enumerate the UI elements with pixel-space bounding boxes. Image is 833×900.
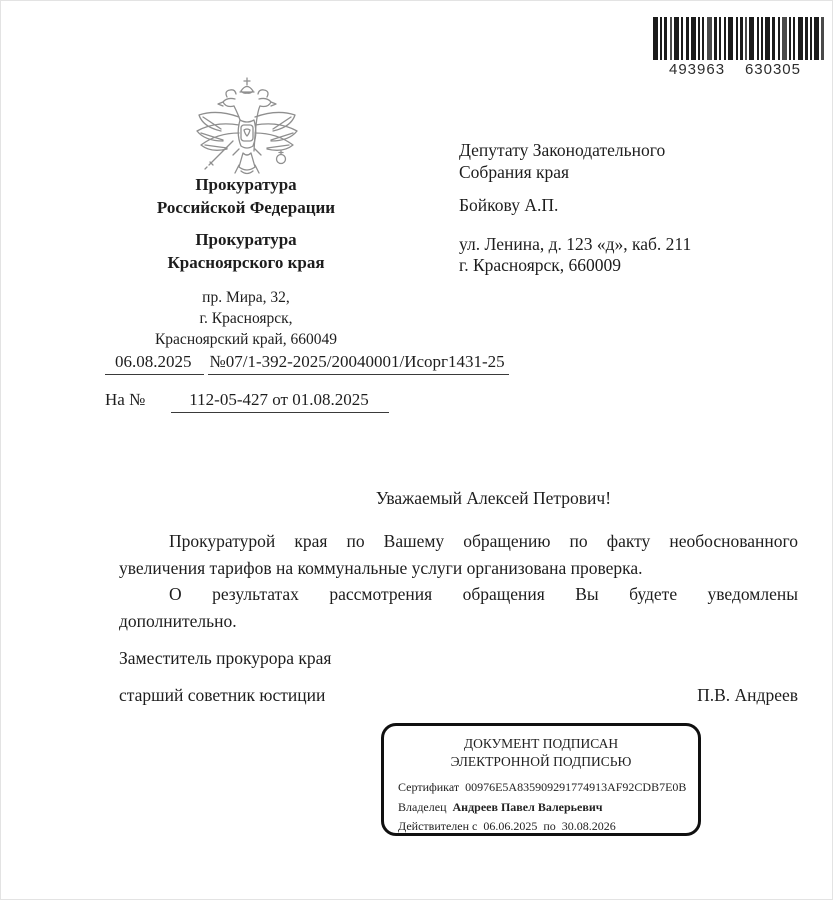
paragraph2-line2: дополнительно.: [119, 608, 798, 635]
letterhead-address: пр. Мира, 32, г. Красноярск, Красноярски…: [96, 287, 396, 350]
recipient-address-line1: ул. Ленина, д. 123 «д», каб. 211: [459, 234, 819, 256]
stamp-title-line2: ЭЛЕКТРОННОЙ ПОДПИСЬЮ: [384, 753, 698, 771]
stamp-validity-row: Действителен с06.06.2025по30.08.2026: [398, 817, 688, 837]
letterhead-address-line2: г. Красноярск,: [96, 308, 396, 329]
barcode-digits-right: 630305: [745, 61, 801, 78]
letterhead-address-line1: пр. Мира, 32,: [96, 287, 396, 308]
recipient-title-line1: Депутату Законодательного: [459, 140, 819, 162]
validity-prefix: Действителен с: [398, 819, 477, 833]
recipient-address-line2: г. Красноярск, 660009: [459, 255, 819, 277]
stamp-title-line1: ДОКУМЕНТ ПОДПИСАН: [384, 735, 698, 753]
electronic-signature-stamp: ДОКУМЕНТ ПОДПИСАН ЭЛЕКТРОННОЙ ПОДПИСЬЮ С…: [381, 723, 701, 836]
signature-block: Заместитель прокурора края старший совет…: [119, 648, 798, 706]
org-federation-line1: Прокуратура: [96, 173, 396, 196]
barcode-digits: 493963 630305: [653, 60, 825, 78]
incoming-reference-label: На №: [105, 390, 145, 410]
paragraph2-line1: О результатах рассмотрения обращения Вы …: [119, 581, 798, 608]
validity-from-date: 06.06.2025: [483, 819, 537, 833]
paragraph1-line1: Прокуратурой края по Вашему обращению по…: [119, 528, 798, 555]
letterhead: Прокуратура Российской Федерации Прокура…: [96, 173, 396, 350]
signature-name: П.В. Андреев: [697, 685, 798, 706]
recipient-title-line2: Собрания края: [459, 162, 819, 184]
outgoing-number: №07/1-392-2025/20040001/Исорг1431-25: [208, 352, 509, 375]
validity-mid-label: по: [543, 819, 555, 833]
owner-name: Андреев Павел Валерьевич: [453, 800, 603, 814]
outgoing-reference-row: 06.08.2025 №07/1-392-2025/20040001/Исорг…: [105, 352, 575, 375]
scanned-letter-page: 493963 630305: [0, 0, 833, 900]
recipient-name: Бойкову А.П.: [459, 195, 819, 217]
letterhead-address-line3: Красноярский край, 660049: [96, 329, 396, 350]
org-region-line2: Красноярского края: [96, 251, 396, 274]
reference-block: 06.08.2025 №07/1-392-2025/20040001/Исорг…: [105, 352, 575, 413]
barcode-bars-icon: [653, 17, 825, 60]
letterhead-org-region: Прокуратура Красноярского края: [96, 228, 396, 274]
body-paragraphs: Прокуратурой края по Вашему обращению по…: [119, 528, 798, 634]
salutation: Уважаемый Алексей Петрович!: [119, 487, 798, 509]
recipient-block: Депутату Законодательного Собрания края …: [459, 140, 819, 277]
org-federation-line2: Российской Федерации: [96, 196, 396, 219]
paragraph1-line2: увеличения тарифов на коммунальные услуг…: [119, 555, 798, 582]
stamp-owner-row: ВладелецАндреев Павел Валерьевич: [398, 798, 688, 818]
letterhead-org-federation: Прокуратура Российской Федерации: [96, 173, 396, 219]
stamp-certificate-row: Сертификат00976E5A835909291774913AF92CDB…: [398, 778, 688, 798]
certificate-label: Сертификат: [398, 780, 459, 794]
barcode: 493963 630305: [653, 17, 825, 78]
signature-position-line1: Заместитель прокурора края: [119, 648, 798, 669]
signature-position-line2: старший советник юстиции: [119, 685, 325, 706]
outgoing-date: 06.08.2025: [105, 352, 204, 375]
validity-to-date: 30.08.2026: [562, 819, 616, 833]
stamp-title: ДОКУМЕНТ ПОДПИСАН ЭЛЕКТРОННОЙ ПОДПИСЬЮ: [384, 735, 698, 771]
certificate-value: 00976E5A835909291774913AF92CDB7E0B: [465, 780, 686, 794]
org-region-line1: Прокуратура: [96, 228, 396, 251]
incoming-reference-row: На № 112-05-427 от 01.08.2025: [105, 390, 575, 413]
letter-body: Уважаемый Алексей Петрович! Прокуратурой…: [119, 487, 798, 634]
owner-label: Владелец: [398, 800, 447, 814]
russia-coat-of-arms-icon: [187, 75, 307, 179]
incoming-reference-value: 112-05-427 от 01.08.2025: [171, 390, 388, 413]
barcode-digits-left: 493963: [669, 61, 725, 78]
stamp-details: Сертификат00976E5A835909291774913AF92CDB…: [398, 778, 688, 837]
